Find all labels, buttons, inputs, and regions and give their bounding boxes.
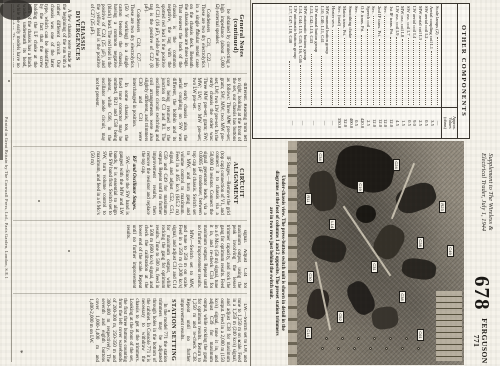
supplement-line-1: Supplement to The Wireless & [487,126,494,258]
dotted-leader [390,37,394,105]
component-value: 1.5 [400,107,406,138]
model-line-2: 771 [471,318,479,364]
photo-label-chip: R23 [439,201,446,213]
component-description: Smoothing choke [348,4,354,38]
table-row: SW osc. coil L7 0.5 [406,4,412,138]
text-block: be obtained by connecting a high impedan… [213,4,230,68]
dotted-leader [367,29,371,105]
dotted-leader [425,40,429,105]
component-description: 2nd IF trans. Pri. [377,4,383,37]
text-column-4: signal. Adjust C34 for maximum output, u… [13,220,247,289]
component-description: MW osc. coil L8 [400,4,406,37]
component-value: 420.0 [360,107,366,138]
model-line-1: FERGUSON [480,318,488,364]
photo-label-chip: C34 [317,151,324,163]
dotted-leader [311,54,320,105]
text-block: RF and Oscillator Stages. [131,151,137,215]
table-row: LW aerial coil L4 9.0 [412,4,418,138]
table-row: LW automatic buttons group L17, C47; L18… [288,4,299,138]
footnote-star: * [16,350,24,354]
scan-speck [238,340,240,342]
component-value: 4.5 [395,107,401,138]
component-value: 350.0 [337,107,343,138]
dotted-leader [332,30,336,105]
text-block: CIRCUIT ALIGNMENT [233,151,244,215]
table-row: Sec. 12.0 [371,4,377,138]
under-chassis-photo: R23 C24 C19 C28 C31 C34 C38 L14 C52 [288,141,464,365]
component-description: 1st IF trans. Pri. [389,4,395,35]
text-column-3: CIRCUIT ALIGNMENTIF Stages.—Remove the g… [13,146,247,215]
component-description: Scale lamps (2) [435,4,441,35]
photo-component-blob [356,205,376,223]
body-text-columns: General Notes (continued)be obtained by … [13,4,247,362]
scan-speck [228,120,230,122]
photo-label-chip: C24 [393,159,400,171]
table-row: Smoothing choke 400.0 [348,4,354,138]
text-column-1: General Notes (continued)be obtained by … [13,4,247,68]
photo-label-chip: C38 [399,291,406,303]
component-description: LW aerial coil L4 [412,4,418,38]
table-row: Scale lamps (2) — [435,4,441,138]
component-value: 12.0 [377,107,383,138]
component-description: LW automatic buttons group L17, C47; L18… [288,4,299,59]
dotted-leader [379,39,383,105]
tuning-gang [436,291,462,361]
dotted-leader [384,16,388,105]
component-value: 12.0 [389,107,395,138]
photo-label-chip: C14 [305,327,312,339]
component-description: Sec. [383,4,389,14]
component-value: 32.0 [342,107,348,138]
text-block: LW.—Switch set to LW, and tune to 1,250 … [179,298,247,362]
text-block: General Notes (continued) [233,4,244,68]
component-value: — [331,107,337,138]
text-block: STATION SETTING [170,298,176,362]
dotted-leader [361,35,365,105]
caption-line-2: diagrams at the foot of columns 1 and 2 … [273,140,279,366]
dotted-leader [300,65,309,105]
scanned-service-sheet: Supplement to The Wireless & Electrical … [0,0,500,366]
table-header-row: Approx. Values (ohms) [441,4,457,138]
component-description: Sec. [354,4,360,14]
component-value: 400.0 [348,107,354,138]
text-block: MW.—Switch set to MW, and tune to 250 m … [125,225,193,289]
caption-line-3: are in two rows just behind the switch u… [266,140,272,366]
scan-artifact [0,0,70,3]
photo-label-chip: C49 [447,245,454,257]
component-description: Sec. [371,4,377,14]
component-value: 0.5 [354,107,360,138]
scan-speck [8,80,10,82]
component-value: 3.5 [429,107,435,138]
dotted-leader [289,61,298,105]
dotted-leader [344,38,348,105]
caption-line-1: Under-chassis view. The press-button swi… [279,140,285,366]
component-description: Speech coil [366,4,372,27]
printer-imprint: Printed in Great Britain by The Cornwall… [4,88,9,308]
photo-label-chip: C28 [417,237,424,249]
sheet-number: 678 [469,276,494,320]
component-description: MW automatic buttons group L14, C44; L15… [298,4,309,63]
other-components-table: OTHER COMPONENTS Approx. Values (ohms) S… [252,3,470,139]
component-description: Heater secs. [331,4,337,28]
photo-label-chip: C61 [417,329,424,341]
model-name: FERGUSON 771 [471,318,488,364]
text-block: In the model 771 the station trimmers ma… [88,298,168,362]
photo-component-blob [371,305,400,330]
dotted-leader [437,37,441,105]
text-block: signal. Adjust C34 for maximum output, u… [196,225,247,289]
photo-label-chip: C30 [307,271,314,283]
table-row: MW automatic buttons group L14, C44; L15… [298,4,309,138]
dotted-leader [431,51,435,105]
dotted-leader [355,16,359,105]
table-row: Sec. (total) 350.0 [337,4,343,138]
component-value: — [288,107,299,138]
component-description: SW aerial coil L2 [424,4,430,38]
photo-label-chip: C52 [337,311,344,323]
dotted-leader [402,39,406,105]
table-row: 1st IF trans. Pri. 12.0 [389,4,395,138]
photo-caption: Under-chassis view. The press-button swi… [266,140,285,366]
table-row: O.P. trans. Pri. 420.0 [360,4,366,138]
table-row: Sec. 12.0 [383,4,389,138]
photo-component-blob [307,169,340,213]
photo-label-chip: R11 [305,193,312,205]
photo-component-blob [401,257,437,282]
table-row: LW osc. coil L9 4.5 [395,4,401,138]
scan-speck [68,250,70,252]
text-block: Condensers C21, C22.—These are two dry e… [142,4,210,68]
table-row: SW aerial coil L2 0.5 [424,4,430,138]
component-value: 12.0 [371,107,377,138]
table-row: Sec. 0.5 [354,4,360,138]
component-description: MW manual button group L10, C40; L11, C4… [320,4,331,54]
dotted-leader [419,42,423,105]
component-value: — [320,107,331,138]
photo-component-blob [332,141,398,196]
table-row: Speech coil 2.5 [366,4,372,138]
table-row: LW manual button group L12, C42; L13, C4… [309,4,320,138]
table-row: Heater secs. — [331,4,337,138]
text-block: IF Stages.—Remove the grid (top cap) con… [139,151,230,215]
text-block: CHASSIS DIVERGENCES [74,4,85,68]
table-header-values: Approx. Values (ohms) [442,107,457,138]
scan-artifact [0,0,32,20]
component-value: 0.5 [406,107,412,138]
scan-speck [243,180,245,182]
component-description: MW aerial coil L3 [418,4,424,40]
dotted-leader [321,56,330,105]
photo-component-blob [369,221,409,263]
dotted-leader [408,38,412,105]
table-body: Scale lamps (2) — Aerial coupling coil L… [288,4,441,138]
photo-label-chip: C19 [357,181,364,193]
component-description: LW osc. coil L9 [395,4,401,35]
section-divider-rule [250,0,251,366]
dotted-leader [413,40,417,105]
component-description: O.P. trans. Pri. [360,4,366,33]
dotted-leader [373,16,377,105]
table-header-description [442,4,457,107]
text-block: different. Reading from left to right, l… [190,78,247,142]
text-column-2: different. Reading from left to right, l… [13,73,247,142]
chassis-flange [288,141,297,365]
component-value: 9.0 [412,107,418,138]
component-value: 2.5 [418,107,424,138]
table-row: Mains trans. Pri. 32.0 [342,4,348,138]
footer-rule [11,4,12,362]
photo-label-chip: C31 [371,261,378,273]
table-row: Aerial coupling coil L1 3.5 [429,4,435,138]
table-row: MW manual button group L10, C40; L11, C4… [320,4,331,138]
text-block: In early chassis also, the aerial coupli… [130,78,187,142]
scan-artifact [0,0,3,160]
text-column-5: LW.—Switch set to LW, and tune to 1,250 … [13,293,247,362]
dotted-leader [338,28,342,105]
component-value: — [435,107,441,138]
rotated-page: Supplement to The Wireless & Electrical … [0,0,500,366]
text-block: In some chassis, too, the fixed tone cor… [94,78,128,142]
table-row: MW osc. coil L8 1.5 [400,4,406,138]
table-row: MW aerial coil L3 2.5 [418,4,424,138]
text-block: Condensers C24, C27.—These are two dry e… [88,4,139,68]
supplement-note: Supplement to The Wireless & Electrical … [480,126,494,258]
table-row: 2nd IF trans. Pri. 12.0 [377,4,383,138]
component-description: LW manual button group L12, C42; L13, C4… [309,4,320,52]
component-value: 0.5 [424,107,430,138]
component-value: — [309,107,320,138]
component-value: 12.0 [383,107,389,138]
scan-speck [38,200,40,202]
component-description: Aerial coupling coil L1 [429,4,435,49]
dotted-leader [350,40,354,105]
supplement-line-2: Electrical Trader, July 1, 1944 [480,126,487,258]
text-block: SW.—Since the SW band is ganged with the… [89,151,129,215]
component-description: Sec. (total) [337,4,343,26]
component-description: SW osc. coil L7 [406,4,412,36]
component-value: 2.5 [366,107,372,138]
dotted-leader [396,37,400,105]
component-description: Mains trans. Pri. [342,4,348,36]
scan-speck [168,310,170,312]
photo-label-chip: L14 [329,219,336,230]
component-value: — [298,107,309,138]
scan-speck [198,30,200,32]
table-title: OTHER COMPONENTS [457,4,469,138]
photo-component-blob [309,232,349,265]
